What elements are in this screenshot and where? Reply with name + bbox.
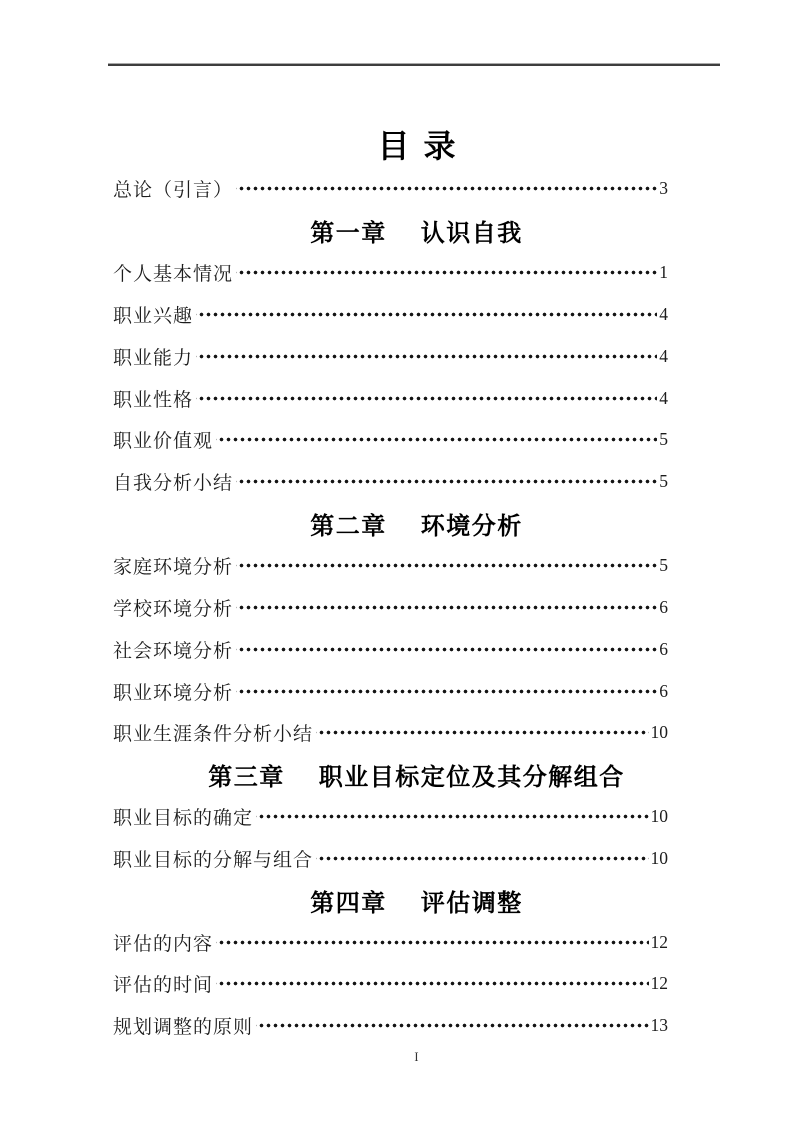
toc-entry-label: 家庭环境分析 [113, 552, 233, 579]
chapter-number: 第二章 [310, 506, 387, 541]
toc-entry-row: 职业环境分析 6 [113, 670, 668, 712]
dot-leader [216, 921, 648, 963]
dot-leader [236, 670, 657, 712]
toc-entry-page-number: 5 [659, 555, 668, 576]
toc-entry-row: 个人基本情况 1 [113, 252, 668, 294]
dot-leader [236, 252, 657, 294]
toc-entry-label: 职业目标的分解与组合 [113, 845, 313, 872]
chapter-title: 环境分析 [421, 506, 523, 541]
dot-leader [216, 963, 648, 1005]
toc-entry-label: 社会环境分析 [113, 636, 233, 663]
chapter-number: 第一章 [310, 213, 387, 248]
header-rule [108, 63, 720, 66]
footer-page-number: I [113, 1047, 720, 1067]
toc-entry-label: 职业性格 [113, 385, 193, 412]
toc-entry-page-number: 1 [659, 262, 668, 283]
toc-entry-row: 总论（引言） 3 [113, 168, 668, 210]
toc-entry-page-number: 4 [659, 304, 668, 325]
toc-entry-row: 规划调整的原则 13 [113, 1005, 668, 1047]
toc-entry-label: 职业兴趣 [113, 301, 193, 328]
page-title: 目录 [113, 124, 720, 168]
toc-content: 目录 总论（引言） 3 第一章 认识自我 个人基本情况 1 职业兴趣 4 职业能… [113, 124, 720, 1047]
dot-leader [196, 294, 657, 336]
toc-entry-label: 评估的时间 [113, 970, 213, 997]
dot-leader [256, 1005, 648, 1047]
toc-entry-label: 学校环境分析 [113, 594, 233, 621]
toc-entry-label: 职业环境分析 [113, 678, 233, 705]
chapter-heading-row: 第二章 环境分析 [113, 503, 720, 545]
toc-entry-row: 职业目标的分解与组合 10 [113, 838, 668, 880]
toc-entry-label: 职业生涯条件分析小结 [113, 719, 313, 746]
toc-entry-page-number: 12 [651, 973, 669, 994]
toc-entry-row: 评估的时间 12 [113, 963, 668, 1005]
toc-entry-row: 社会环境分析 6 [113, 628, 668, 670]
toc-entry-page-number: 5 [659, 429, 668, 450]
toc-entry-page-number: 4 [659, 346, 668, 367]
dot-leader [236, 461, 657, 503]
dot-leader [236, 586, 657, 628]
toc-entry-row: 家庭环境分析 5 [113, 545, 668, 587]
toc-entry-page-number: 10 [651, 806, 669, 827]
toc-entry-label: 职业目标的确定 [113, 803, 253, 830]
chapter-heading-row: 第一章 认识自我 [113, 210, 720, 252]
document-page: 目录 总论（引言） 3 第一章 认识自我 个人基本情况 1 职业兴趣 4 职业能… [0, 0, 793, 1122]
toc-entry-page-number: 6 [659, 681, 668, 702]
toc-entry-row: 评估的内容 12 [113, 921, 668, 963]
toc-entry-row: 职业目标的确定 10 [113, 796, 668, 838]
toc-entry-row: 职业能力 4 [113, 335, 668, 377]
dot-leader [316, 838, 648, 880]
toc-entry-label: 总论（引言） [113, 175, 233, 202]
toc-entry-label: 个人基本情况 [113, 259, 233, 286]
toc-entry-label: 评估的内容 [113, 929, 213, 956]
toc-entry-page-number: 5 [659, 471, 668, 492]
toc-entry-row: 学校环境分析 6 [113, 586, 668, 628]
dot-leader [236, 545, 657, 587]
dot-leader [196, 377, 657, 419]
toc-entry-row: 职业性格 4 [113, 377, 668, 419]
toc-entry-row: 职业生涯条件分析小结 10 [113, 712, 668, 754]
toc-entry-page-number: 13 [651, 1015, 669, 1036]
dot-leader [216, 419, 657, 461]
toc-entry-page-number: 6 [659, 639, 668, 660]
toc-entry-label: 自我分析小结 [113, 468, 233, 495]
toc-entry-page-number: 10 [651, 722, 669, 743]
chapter-heading-row: 第四章 评估调整 [113, 879, 720, 921]
toc-entry-label: 职业价值观 [113, 426, 213, 453]
chapter-number: 第四章 [310, 883, 387, 918]
chapter-number: 第三章 [208, 757, 285, 792]
dot-leader [316, 712, 648, 754]
chapter-title: 认识自我 [421, 213, 523, 248]
toc-entry-page-number: 12 [651, 932, 669, 953]
toc-entry-row: 职业兴趣 4 [113, 294, 668, 336]
toc-entry-page-number: 6 [659, 597, 668, 618]
dot-leader [236, 168, 657, 210]
toc-entry-page-number: 10 [651, 848, 669, 869]
toc-entry-page-number: 4 [659, 388, 668, 409]
toc-entry-label: 规划调整的原则 [113, 1012, 253, 1039]
dot-leader [236, 628, 657, 670]
toc-entry-page-number: 3 [659, 178, 668, 199]
toc-entry-row: 职业价值观 5 [113, 419, 668, 461]
chapter-heading-row: 第三章 职业目标定位及其分解组合 [113, 754, 720, 796]
dot-leader [196, 335, 657, 377]
dot-leader [256, 796, 648, 838]
chapter-title: 职业目标定位及其分解组合 [319, 757, 625, 792]
chapter-title: 评估调整 [421, 883, 523, 918]
toc-entry-label: 职业能力 [113, 343, 193, 370]
toc-entry-row: 自我分析小结 5 [113, 461, 668, 503]
